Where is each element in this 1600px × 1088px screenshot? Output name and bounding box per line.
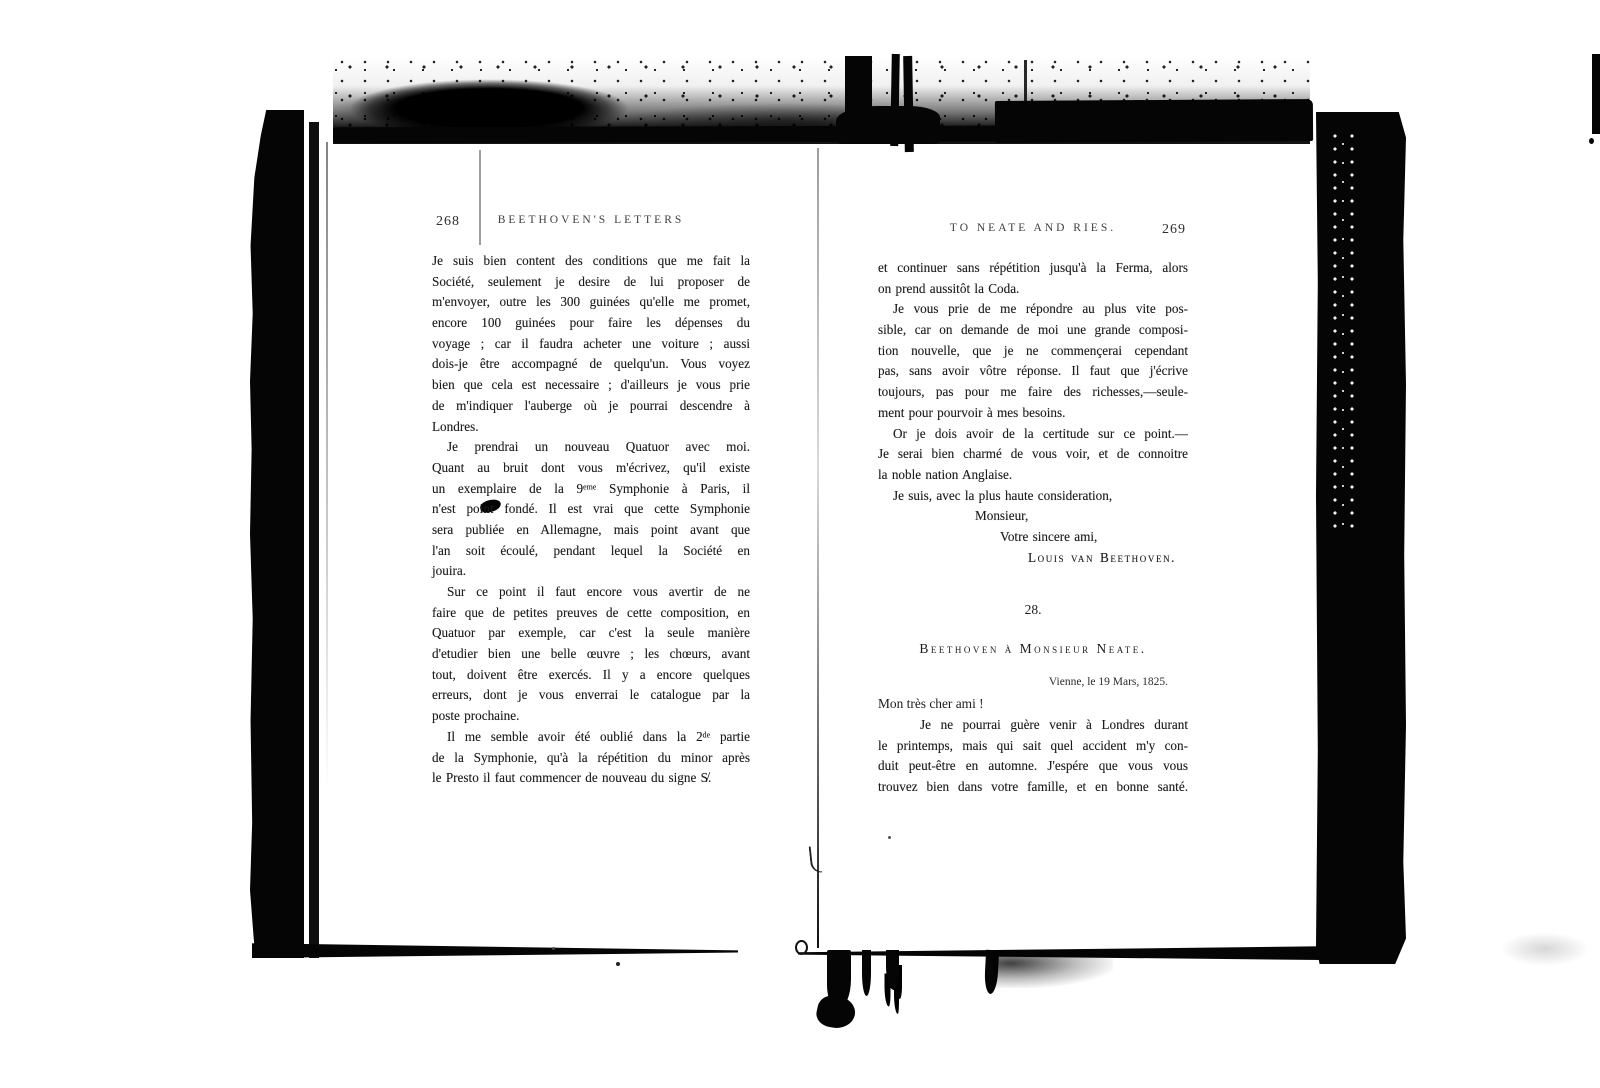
text-line: m'envoyer, outre les 300 guinées qu'elle… [432,292,750,313]
ink-drip [862,950,871,996]
text-line: Monsieur, [878,506,1188,527]
text-line: sera publiée en Allemagne, mais point av… [432,520,750,541]
text-line: Quant au bruit dont vous m'écrivez, qu'i… [432,458,750,479]
ink-top-left-blob [336,66,676,134]
ink-drip [886,950,899,990]
text-line: et continuer sans répétition jusqu'à la … [878,258,1188,279]
right-page-header: TO NEATE AND RIES. 269 [878,222,1188,239]
gutter-hook-mark [809,845,823,873]
text-line: Or je dois avoir de la certitude sur ce … [878,424,1188,445]
ink-loop-mark [795,940,808,955]
book-scan-page: 268 BEETHOVEN'S LETTERS Je suis bien con… [0,0,1600,1088]
text-line: ment pour pourvoir à mes besoins. [878,403,1188,424]
text-line: Votre sincere ami, [878,527,1188,548]
page-number-left: 268 [436,214,460,230]
text-line: Je ne pourrai guère venir à Londres dura… [878,715,1188,736]
text-line: toujours, pas pour me faire des richesse… [878,382,1188,403]
running-header-right: TO NEATE AND RIES. [878,222,1188,234]
text-line: un exemplaire de la 9ᵉᵐᵉ Symphonie à Par… [432,479,750,500]
right-page-body: et continuer sans répétition jusqu'à la … [878,258,1188,506]
text-line: Société, seulement je desire de lui prop… [432,272,750,293]
text-line: erreurs, dont je vous enverrai le catalo… [432,685,750,706]
letter-closing: Monsieur,Votre sincere ami,Louis van Bee… [878,506,1188,568]
text-line: l'an soit écoulé, pendant lequel la Soci… [432,541,750,562]
text-line: Londres. [432,417,750,438]
ink-top-bar-base [836,106,940,144]
section-number: 28. [878,600,1188,620]
text-line: le printemps, mais qui sait quel acciden… [878,736,1188,757]
ink-hair-mark [1024,60,1027,106]
text-line: Louis van Beethoven. [878,548,1188,569]
text-line: d'etudier bien une belle œuvre ; les chœ… [432,644,750,665]
ink-dot [616,962,620,966]
text-line: tout, doivent être exercés. Il y a encor… [432,665,750,686]
running-header-left: BEETHOVEN'S LETTERS [432,214,750,226]
text-line: Je serai bien charmé de vous voir, et de… [878,444,1188,465]
right-page: TO NEATE AND RIES. 269 et continuer sans… [878,222,1188,798]
text-line: bien que cela est necessaire ; d'ailleur… [432,375,750,396]
text-line: on prend aussitôt la Coda. [878,279,1188,300]
ink-drip-blob [814,992,858,1031]
ink-smudge-faint [1500,932,1590,966]
text-line: faire que de petites preuves de cette co… [432,603,750,624]
text-line: pas, sans avoir vôtre réponse. Il faut q… [878,361,1188,382]
text-line: duit peut-être en automne. J'espére que … [878,756,1188,777]
ink-bottom-line-left [252,942,738,958]
left-page-body: Je suis bien content des conditions que … [432,251,750,789]
text-line: trouvez bien dans votre famille, et en b… [878,777,1188,798]
text-line: Il me semble avoir été oublié dans la 2ᵈ… [432,727,750,748]
text-line: Je prendrai un nouveau Quatuor avec moi. [432,437,750,458]
text-line: poste prochaine. [432,706,750,727]
text-line: Je vous prie de me répondre au plus vite… [878,299,1188,320]
ink-left-band [250,110,304,958]
text-line: jouira. [432,561,750,582]
text-line: de la Symphonie, qu'à la répétition du m… [432,748,750,769]
book-gutter-line [817,148,819,948]
ink-right-band [1316,112,1406,964]
section-heading: Beethoven à Monsieur Neate. [878,640,1188,658]
text-line: dois-je être accompagné de quelqu'un. Vo… [432,354,750,375]
text-line: encore 100 guinées pour faire les dépens… [432,313,750,334]
left-page-header: 268 BEETHOVEN'S LETTERS [432,214,750,231]
letter-salutation: Mon très cher ami ! [878,694,1188,715]
text-line: la noble nation Anglaise. [878,465,1188,486]
text-line: tion nouvelle, que je ne commençerai cep… [878,341,1188,362]
letter-body: Je ne pourrai guère venir à Londres dura… [878,715,1188,798]
ink-left-strip [309,122,319,958]
page-number-right: 269 [1162,222,1186,238]
text-line: Sur ce point il faut encore vous avertir… [432,582,750,603]
text-line: Quatuor par exemple, car c'est la seule … [432,623,750,644]
ink-corner-sliver [1592,54,1600,134]
text-line: le Presto il faut commencer de nouveau d… [432,768,750,789]
ink-smudge [993,950,1113,988]
text-line: sible, car on demande de moi une grande … [878,320,1188,341]
text-line: Je suis bien content des conditions que … [432,251,750,272]
ink-corner-dot [1589,138,1594,144]
text-line: Je suis, avec la plus haute consideratio… [878,486,1188,507]
ink-dot [552,947,555,950]
page-edge-line-left [326,142,328,792]
left-page: 268 BEETHOVEN'S LETTERS Je suis bien con… [432,214,750,789]
letter-dateline: Vienne, le 19 Mars, 1825. [878,674,1188,690]
text-line: voyage ; car il faudra acheter une voitu… [432,334,750,355]
text-line: de m'indiquer l'auberge où je pourrai de… [432,396,750,417]
ink-dot [888,836,891,839]
ink-top-right-band [995,99,1313,143]
text-line: n'est point fondé. Il est vrai que cette… [432,499,750,520]
